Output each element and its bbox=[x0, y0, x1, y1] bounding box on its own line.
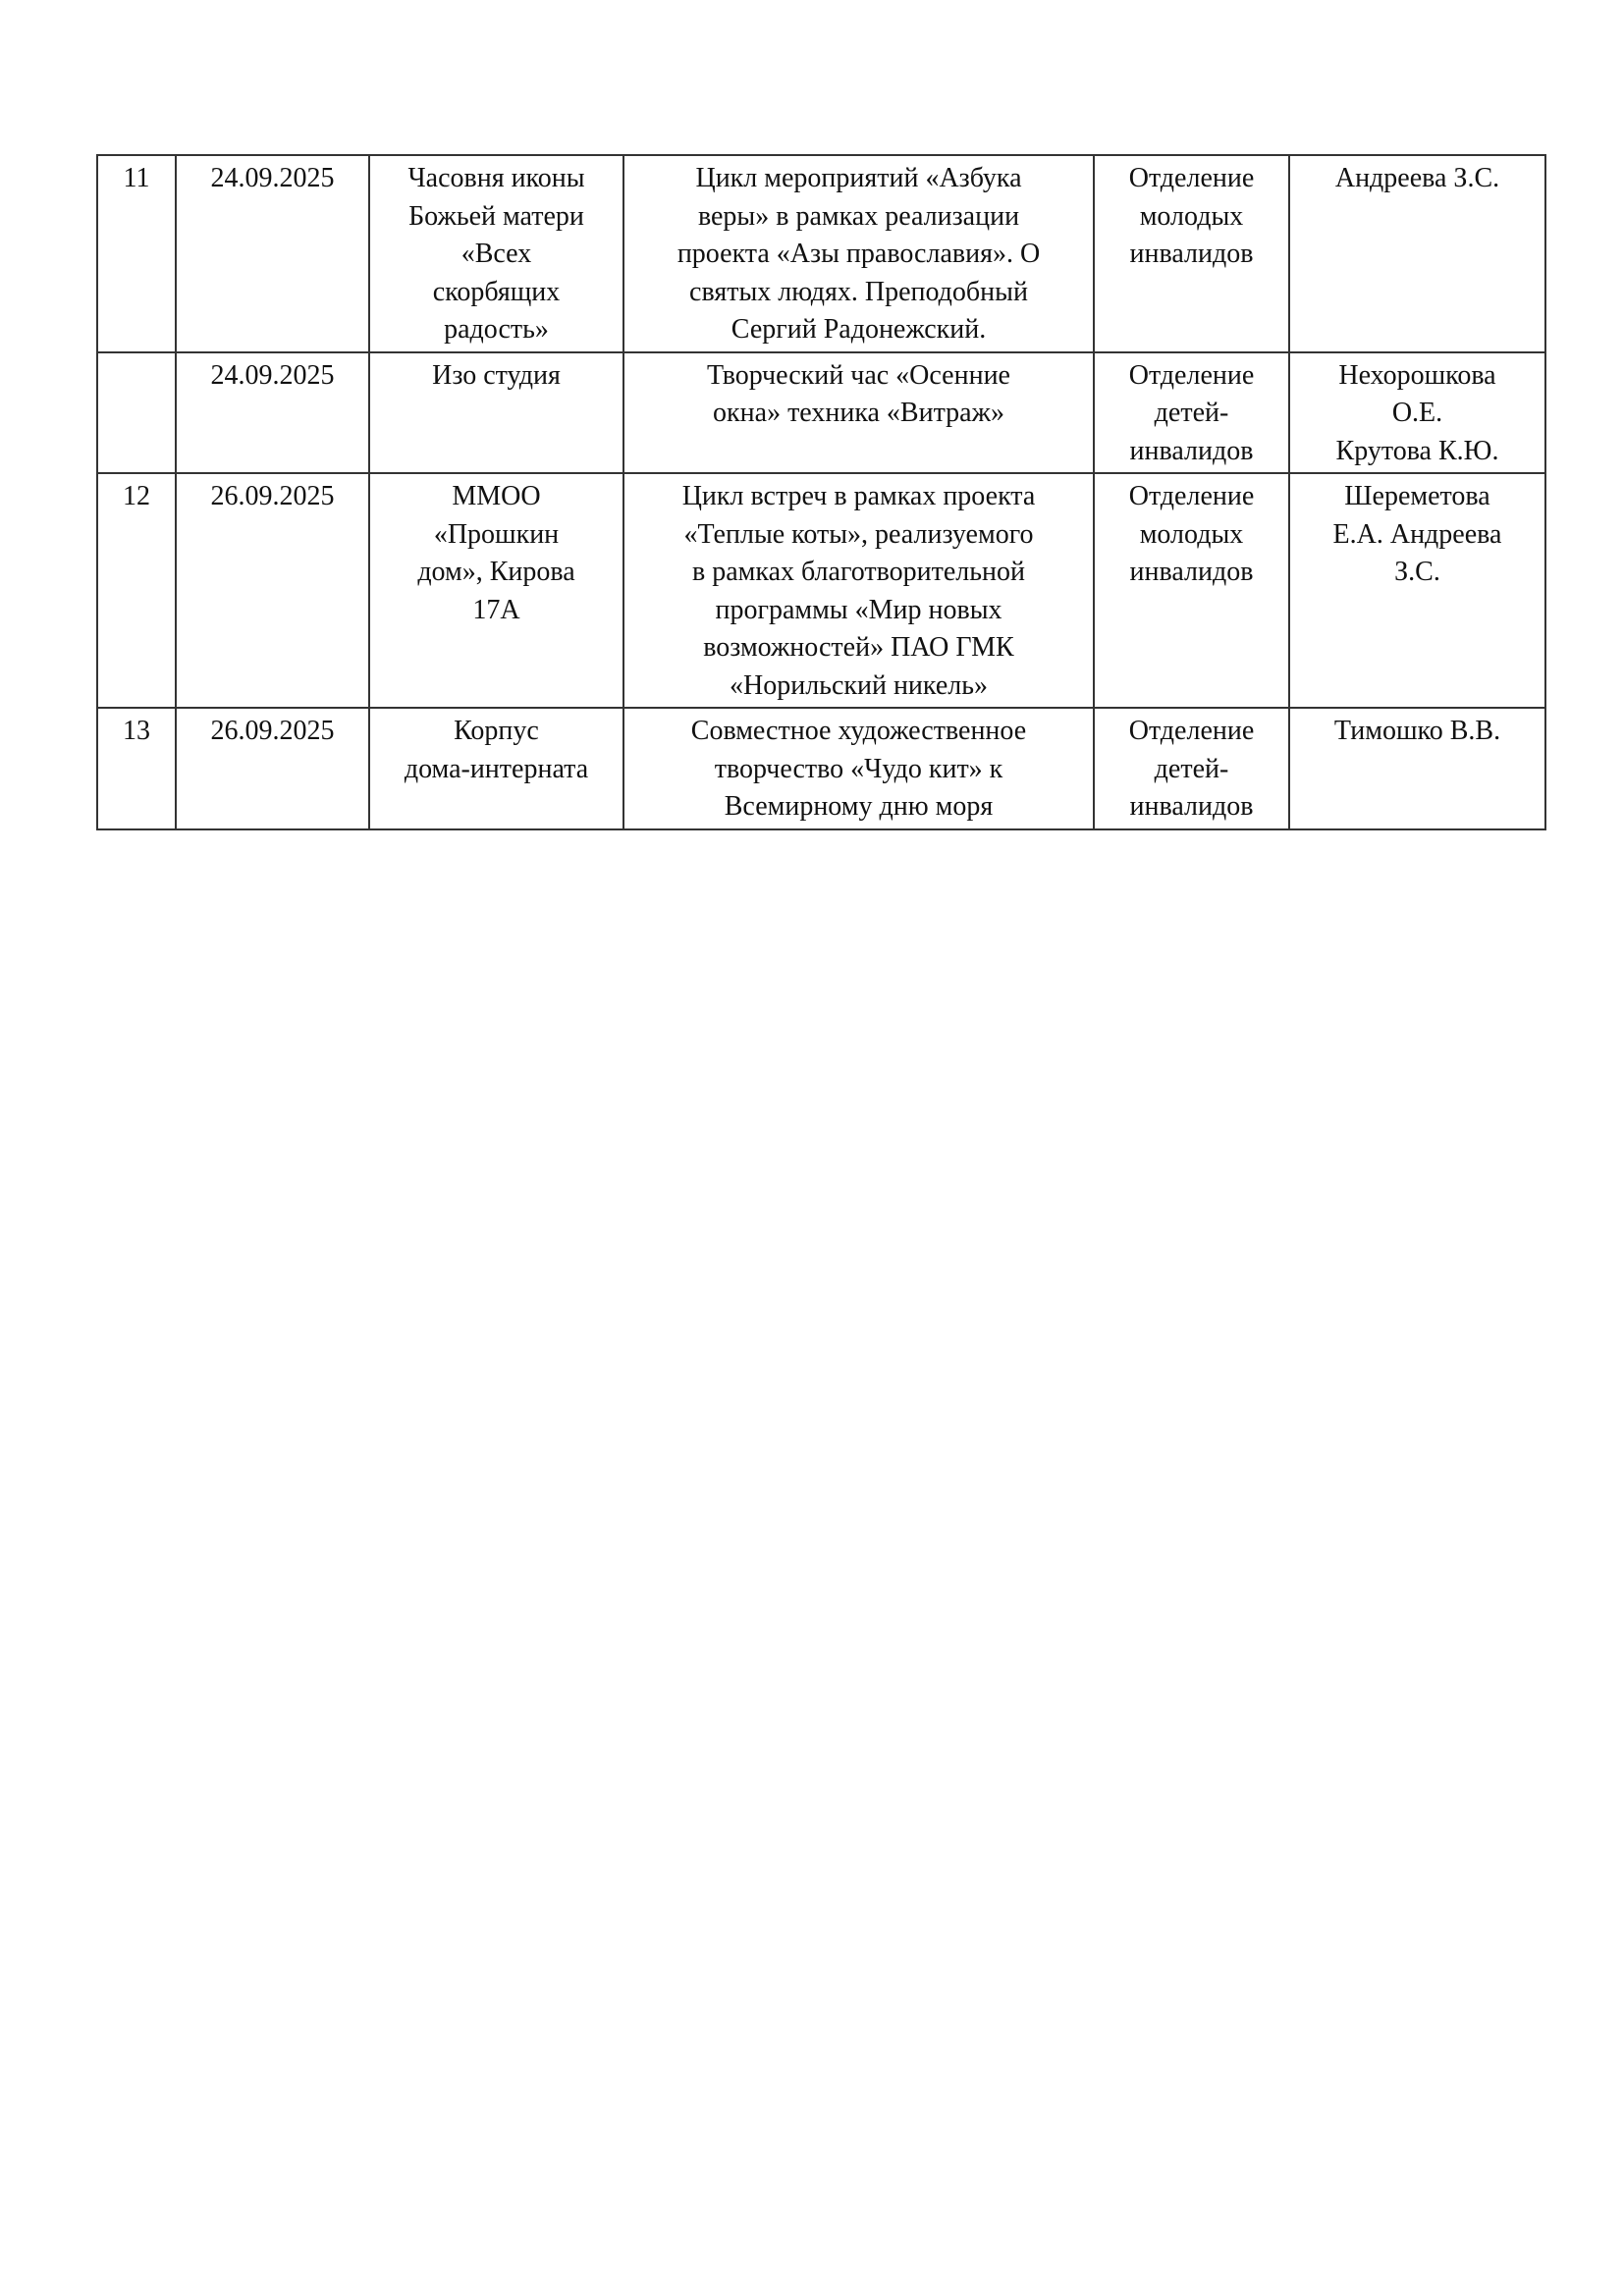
event-cell: Творческий час «Осенние окна» техника «В… bbox=[623, 352, 1094, 474]
table-row: 24.09.2025 Изо студия Творческий час «Ос… bbox=[97, 352, 1545, 474]
row-number-cell bbox=[97, 352, 176, 474]
department-cell: Отделение детей- инвалидов bbox=[1094, 708, 1289, 829]
date-cell: 24.09.2025 bbox=[176, 155, 369, 352]
date-cell: 26.09.2025 bbox=[176, 473, 369, 708]
row-number-cell: 13 bbox=[97, 708, 176, 829]
place-cell: Изо студия bbox=[369, 352, 623, 474]
department-cell: Отделение молодых инвалидов bbox=[1094, 155, 1289, 352]
table-row: 12 26.09.2025 ММОО «Прошкин дом», Кирова… bbox=[97, 473, 1545, 708]
table-row: 13 26.09.2025 Корпус дома-интерната Совм… bbox=[97, 708, 1545, 829]
department-cell: Отделение детей- инвалидов bbox=[1094, 352, 1289, 474]
place-cell: ММОО «Прошкин дом», Кирова 17А bbox=[369, 473, 623, 708]
row-number-cell: 12 bbox=[97, 473, 176, 708]
responsible-cell: Нехорошкова О.Е. Крутова К.Ю. bbox=[1289, 352, 1545, 474]
responsible-cell: Тимошко В.В. bbox=[1289, 708, 1545, 829]
events-table: 11 24.09.2025 Часовня иконы Божьей матер… bbox=[96, 154, 1546, 830]
table-row: 11 24.09.2025 Часовня иконы Божьей матер… bbox=[97, 155, 1545, 352]
place-cell: Корпус дома-интерната bbox=[369, 708, 623, 829]
date-cell: 26.09.2025 bbox=[176, 708, 369, 829]
responsible-cell: Андреева З.С. bbox=[1289, 155, 1545, 352]
row-number-cell: 11 bbox=[97, 155, 176, 352]
event-cell: Цикл встреч в рамках проекта «Теплые кот… bbox=[623, 473, 1094, 708]
event-cell: Совместное художественное творчество «Чу… bbox=[623, 708, 1094, 829]
event-cell: Цикл мероприятий «Азбука веры» в рамках … bbox=[623, 155, 1094, 352]
date-cell: 24.09.2025 bbox=[176, 352, 369, 474]
responsible-cell: Шереметова Е.А. Андреева З.С. bbox=[1289, 473, 1545, 708]
place-cell: Часовня иконы Божьей матери «Всех скорбя… bbox=[369, 155, 623, 352]
department-cell: Отделение молодых инвалидов bbox=[1094, 473, 1289, 708]
document-page: 11 24.09.2025 Часовня иконы Божьей матер… bbox=[0, 0, 1624, 2296]
